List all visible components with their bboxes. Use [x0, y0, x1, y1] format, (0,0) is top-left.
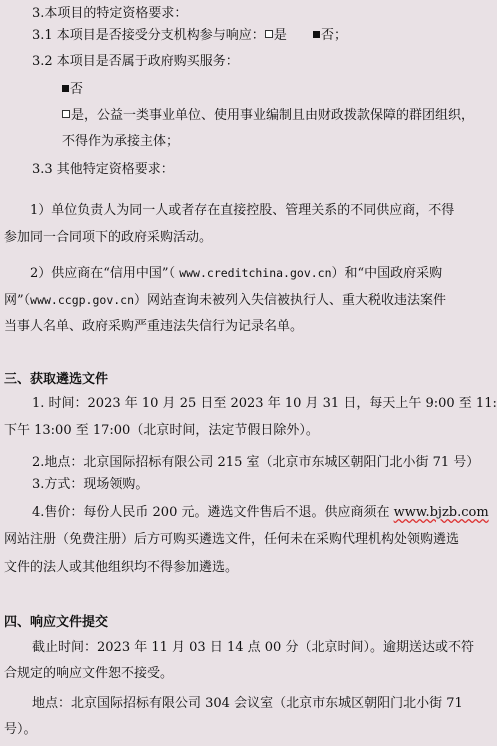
question-3-3-label: 3.3 其他特定资格要求：	[32, 162, 174, 178]
text: ）网站查询未被列入失信被执行人、重大税收违法案件	[134, 293, 446, 308]
section-submit-heading: 四、响应文件提交	[4, 615, 108, 631]
question-3-2-option-yes: 是，公益一类事业单位、使用事业编制且由财政拨款保障的群团组织，	[62, 108, 474, 124]
ccgp-link[interactable]: www.ccgp.gov.cn	[30, 293, 134, 307]
submit-place-line2: 号）。	[4, 722, 37, 738]
question-3-2-label: 3.2 本项目是否属于政府购买服务：	[32, 54, 239, 70]
section-obtain-heading: 三、获取遴选文件	[4, 372, 108, 388]
obtain-price-line2: 网站注册（免费注册）后方可购买遴选文件，任何未在采购代理机构处领购遴选	[4, 532, 459, 548]
submit-deadline-line2: 合规定的响应文件恕不接受。	[4, 666, 173, 682]
text: 4.售价：每份人民币 200 元。遴选文件售后不退。供应商须在	[32, 505, 394, 520]
submit-place-line1: 地点：北京国际招标有限公司 304 会议室（北京市东城区朝阳门北小街 71	[32, 696, 463, 712]
option-no-label: 否；	[321, 28, 347, 43]
question-3-1: 3.1 本项目是否接受分支机构参与响应：是 否；	[32, 28, 347, 44]
requirement-1-line2: 参加同一合同项下的政府采购活动。	[4, 230, 212, 246]
text: 2）供应商在“信用中国”（	[30, 266, 179, 281]
obtain-method: 3.方式：现场领购。	[32, 477, 148, 493]
checkbox-checked-icon[interactable]	[313, 31, 320, 38]
checkbox-unchecked-icon[interactable]	[265, 30, 273, 38]
requirement-1-line1: 1）单位负责人为同一人或者存在直接控股、管理关系的不同供应商，不得	[30, 203, 454, 219]
creditchina-link[interactable]: www.creditchina.gov.cn	[179, 266, 331, 280]
option-yes-label: 是，公益一类事业单位、使用事业编制且由财政拨款保障的群团组织，	[71, 108, 474, 123]
option-yes-continuation: 不得作为承接主体；	[62, 134, 179, 150]
obtain-place: 2.地点：北京国际招标有限公司 215 室（北京市东城区朝阳门北小街 71 号）	[32, 455, 479, 471]
option-yes-label: 是	[274, 28, 287, 43]
obtain-time-line2: 下午 13:00 至 17:00（北京时间，法定节假日除外）。	[4, 423, 319, 439]
text: 网”（	[4, 293, 30, 308]
requirement-2-line3: 当事人名单、政府采购严重违法失信行为记录名单。	[4, 319, 303, 335]
obtain-price-line1: 4.售价：每份人民币 200 元。遴选文件售后不退。供应商须在 www.bjzb…	[32, 505, 489, 521]
question-3-1-label: 3.1 本项目是否接受分支机构参与响应：	[32, 28, 265, 43]
obtain-price-line3: 文件的法人或其他组织均不得参加遴选。	[4, 560, 238, 576]
checkbox-unchecked-icon[interactable]	[62, 110, 70, 118]
section-3-heading: 3.本项目的特定资格要求：	[32, 6, 187, 22]
option-no-label: 否	[70, 82, 83, 97]
text: ）和“中国政府采购	[332, 266, 443, 281]
checkbox-checked-icon[interactable]	[62, 85, 69, 92]
obtain-time-line1: 1. 时间：2023 年 10 月 25 日至 2023 年 10 月 31 日…	[32, 396, 497, 412]
submit-deadline-line1: 截止时间：2023 年 11 月 03 日 14 点 00 分（北京时间）。逾期…	[32, 640, 474, 656]
question-3-2-option-no: 否	[62, 82, 83, 98]
requirement-2-line2: 网”（www.ccgp.gov.cn）网站查询未被列入失信被执行人、重大税收违法…	[4, 292, 446, 309]
bjzb-link[interactable]: www.bjzb.com	[394, 505, 489, 520]
requirement-2-line1: 2）供应商在“信用中国”（ www.creditchina.gov.cn）和“中…	[30, 265, 442, 282]
